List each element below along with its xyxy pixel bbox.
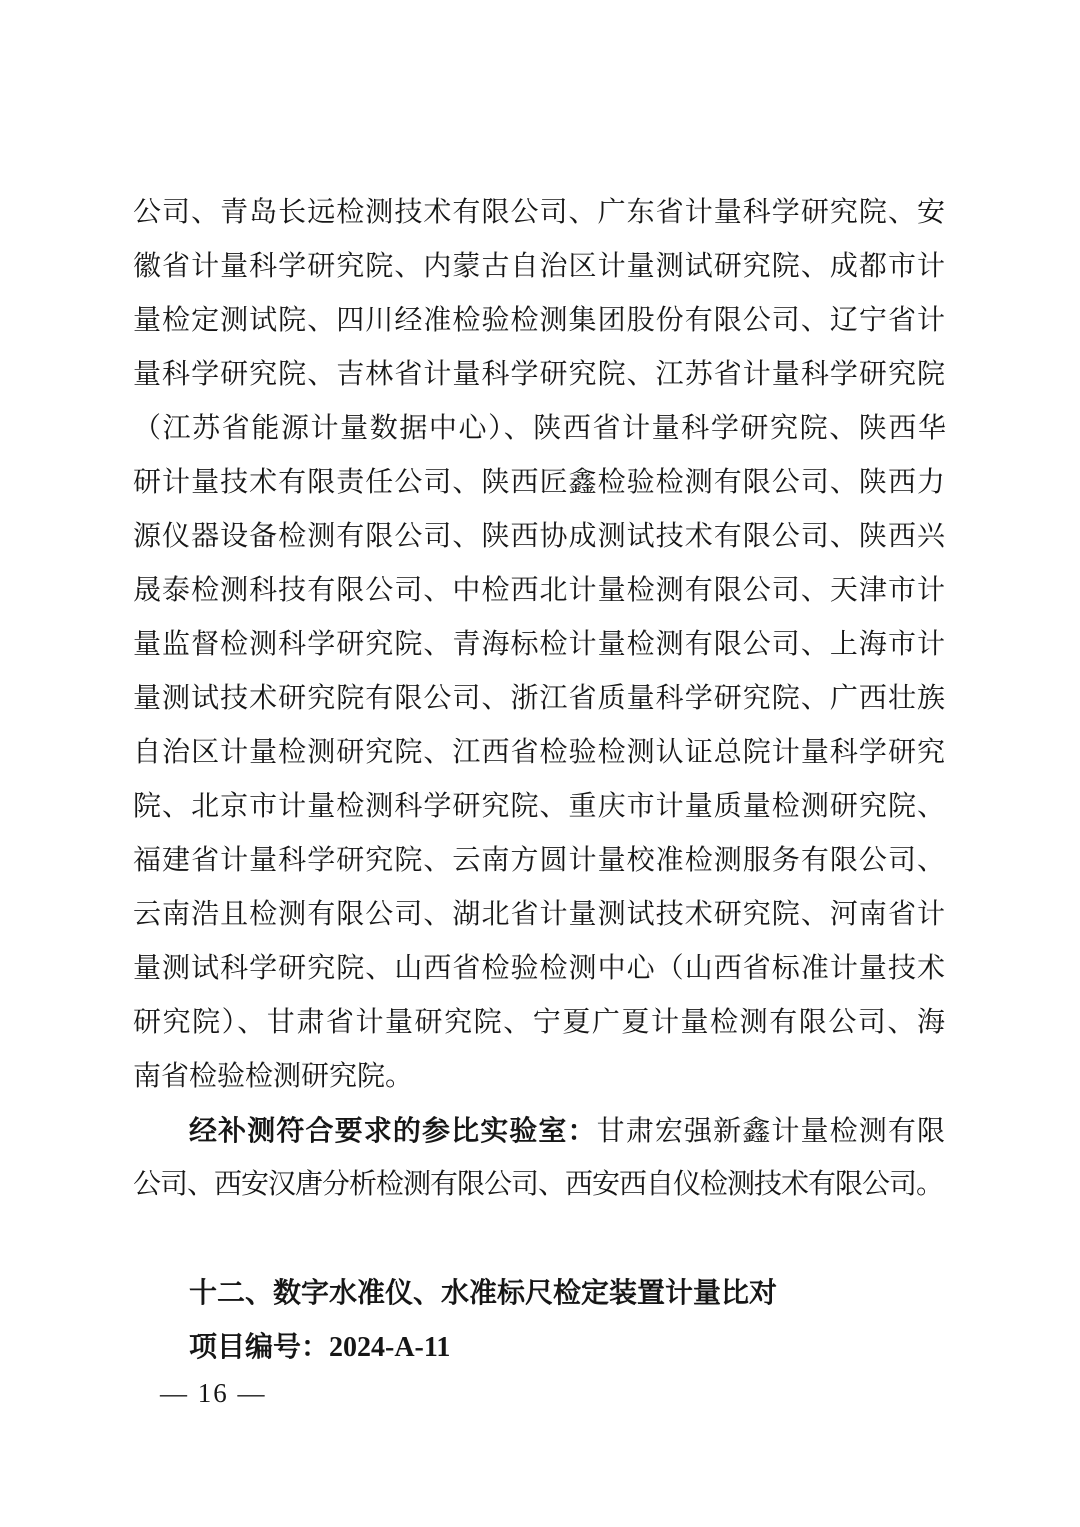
project-number-line: 项目编号：2024-A-11 xyxy=(133,1320,945,1374)
text-line: 徽省计量科学研究院、内蒙古自治区计量测试研究院、成都市计 xyxy=(133,240,945,294)
text-line: 院、北京市计量检测科学研究院、重庆市计量质量检测研究院、 xyxy=(133,780,945,834)
text-line: 研究院）、甘肃省计量研究院、宁夏广夏计量检测有限公司、海 xyxy=(133,996,945,1050)
text-body: 公司、青岛长远检测技术有限公司、广东省计量科学研究院、安 徽省计量科学研究院、内… xyxy=(133,186,945,1374)
project-number-value: 2024-A-11 xyxy=(329,1332,450,1363)
paragraph-lead-rest: 甘肃宏强新鑫计量检测有限 xyxy=(597,1116,945,1147)
text-line: 南省检验检测研究院。 xyxy=(133,1050,945,1104)
page-number: — 16 — xyxy=(160,1378,267,1409)
text-line: （江苏省能源计量数据中心）、陕西省计量科学研究院、陕西华 xyxy=(133,402,945,456)
text-line: 量测试技术研究院有限公司、浙江省质量科学研究院、广西壮族 xyxy=(133,672,945,726)
document-page: 公司、青岛长远检测技术有限公司、广东省计量科学研究院、安 徽省计量科学研究院、内… xyxy=(0,0,1080,1527)
text-line: 源仪器设备检测有限公司、陕西协成测试技术有限公司、陕西兴 xyxy=(133,510,945,564)
text-line: 量监督检测科学研究院、青海标检计量检测有限公司、上海市计 xyxy=(133,618,945,672)
text-line: 研计量技术有限责任公司、陕西匠鑫检验检测有限公司、陕西力 xyxy=(133,456,945,510)
paragraph-institution-list: 公司、青岛长远检测技术有限公司、广东省计量科学研究院、安 徽省计量科学研究院、内… xyxy=(133,186,945,1104)
text-line: 公司、青岛长远检测技术有限公司、广东省计量科学研究院、安 xyxy=(133,186,945,240)
text-line: 云南浩且检测有限公司、湖北省计量测试技术研究院、河南省计 xyxy=(133,888,945,942)
paragraph-lead-bold: 经补测符合要求的参比实验室： xyxy=(189,1114,597,1147)
section-heading: 十二、数字水准仪、水准标尺检定装置计量比对 xyxy=(133,1266,945,1320)
text-line: 公司、西安汉唐分析检测有限公司、西安西自仪检测技术有限公司。 xyxy=(133,1158,945,1212)
text-line: 自治区计量检测研究院、江西省检验检测认证总院计量科学研究 xyxy=(133,726,945,780)
text-line: 量检定测试院、四川经准检验检测集团股份有限公司、辽宁省计 xyxy=(133,294,945,348)
text-line: 量科学研究院、吉林省计量科学研究院、江苏省计量科学研究院 xyxy=(133,348,945,402)
text-line: 量测试科学研究院、山西省检验检测中心（山西省标准计量技术 xyxy=(133,942,945,996)
text-line: 经补测符合要求的参比实验室：甘肃宏强新鑫计量检测有限 xyxy=(133,1104,945,1158)
paragraph-supplementary-labs: 经补测符合要求的参比实验室：甘肃宏强新鑫计量检测有限 公司、西安汉唐分析检测有限… xyxy=(133,1104,945,1212)
project-number-label: 项目编号： xyxy=(189,1330,329,1363)
text-line: 福建省计量科学研究院、云南方圆计量校准检测服务有限公司、 xyxy=(133,834,945,888)
text-line: 晟泰检测科技有限公司、中检西北计量检测有限公司、天津市计 xyxy=(133,564,945,618)
